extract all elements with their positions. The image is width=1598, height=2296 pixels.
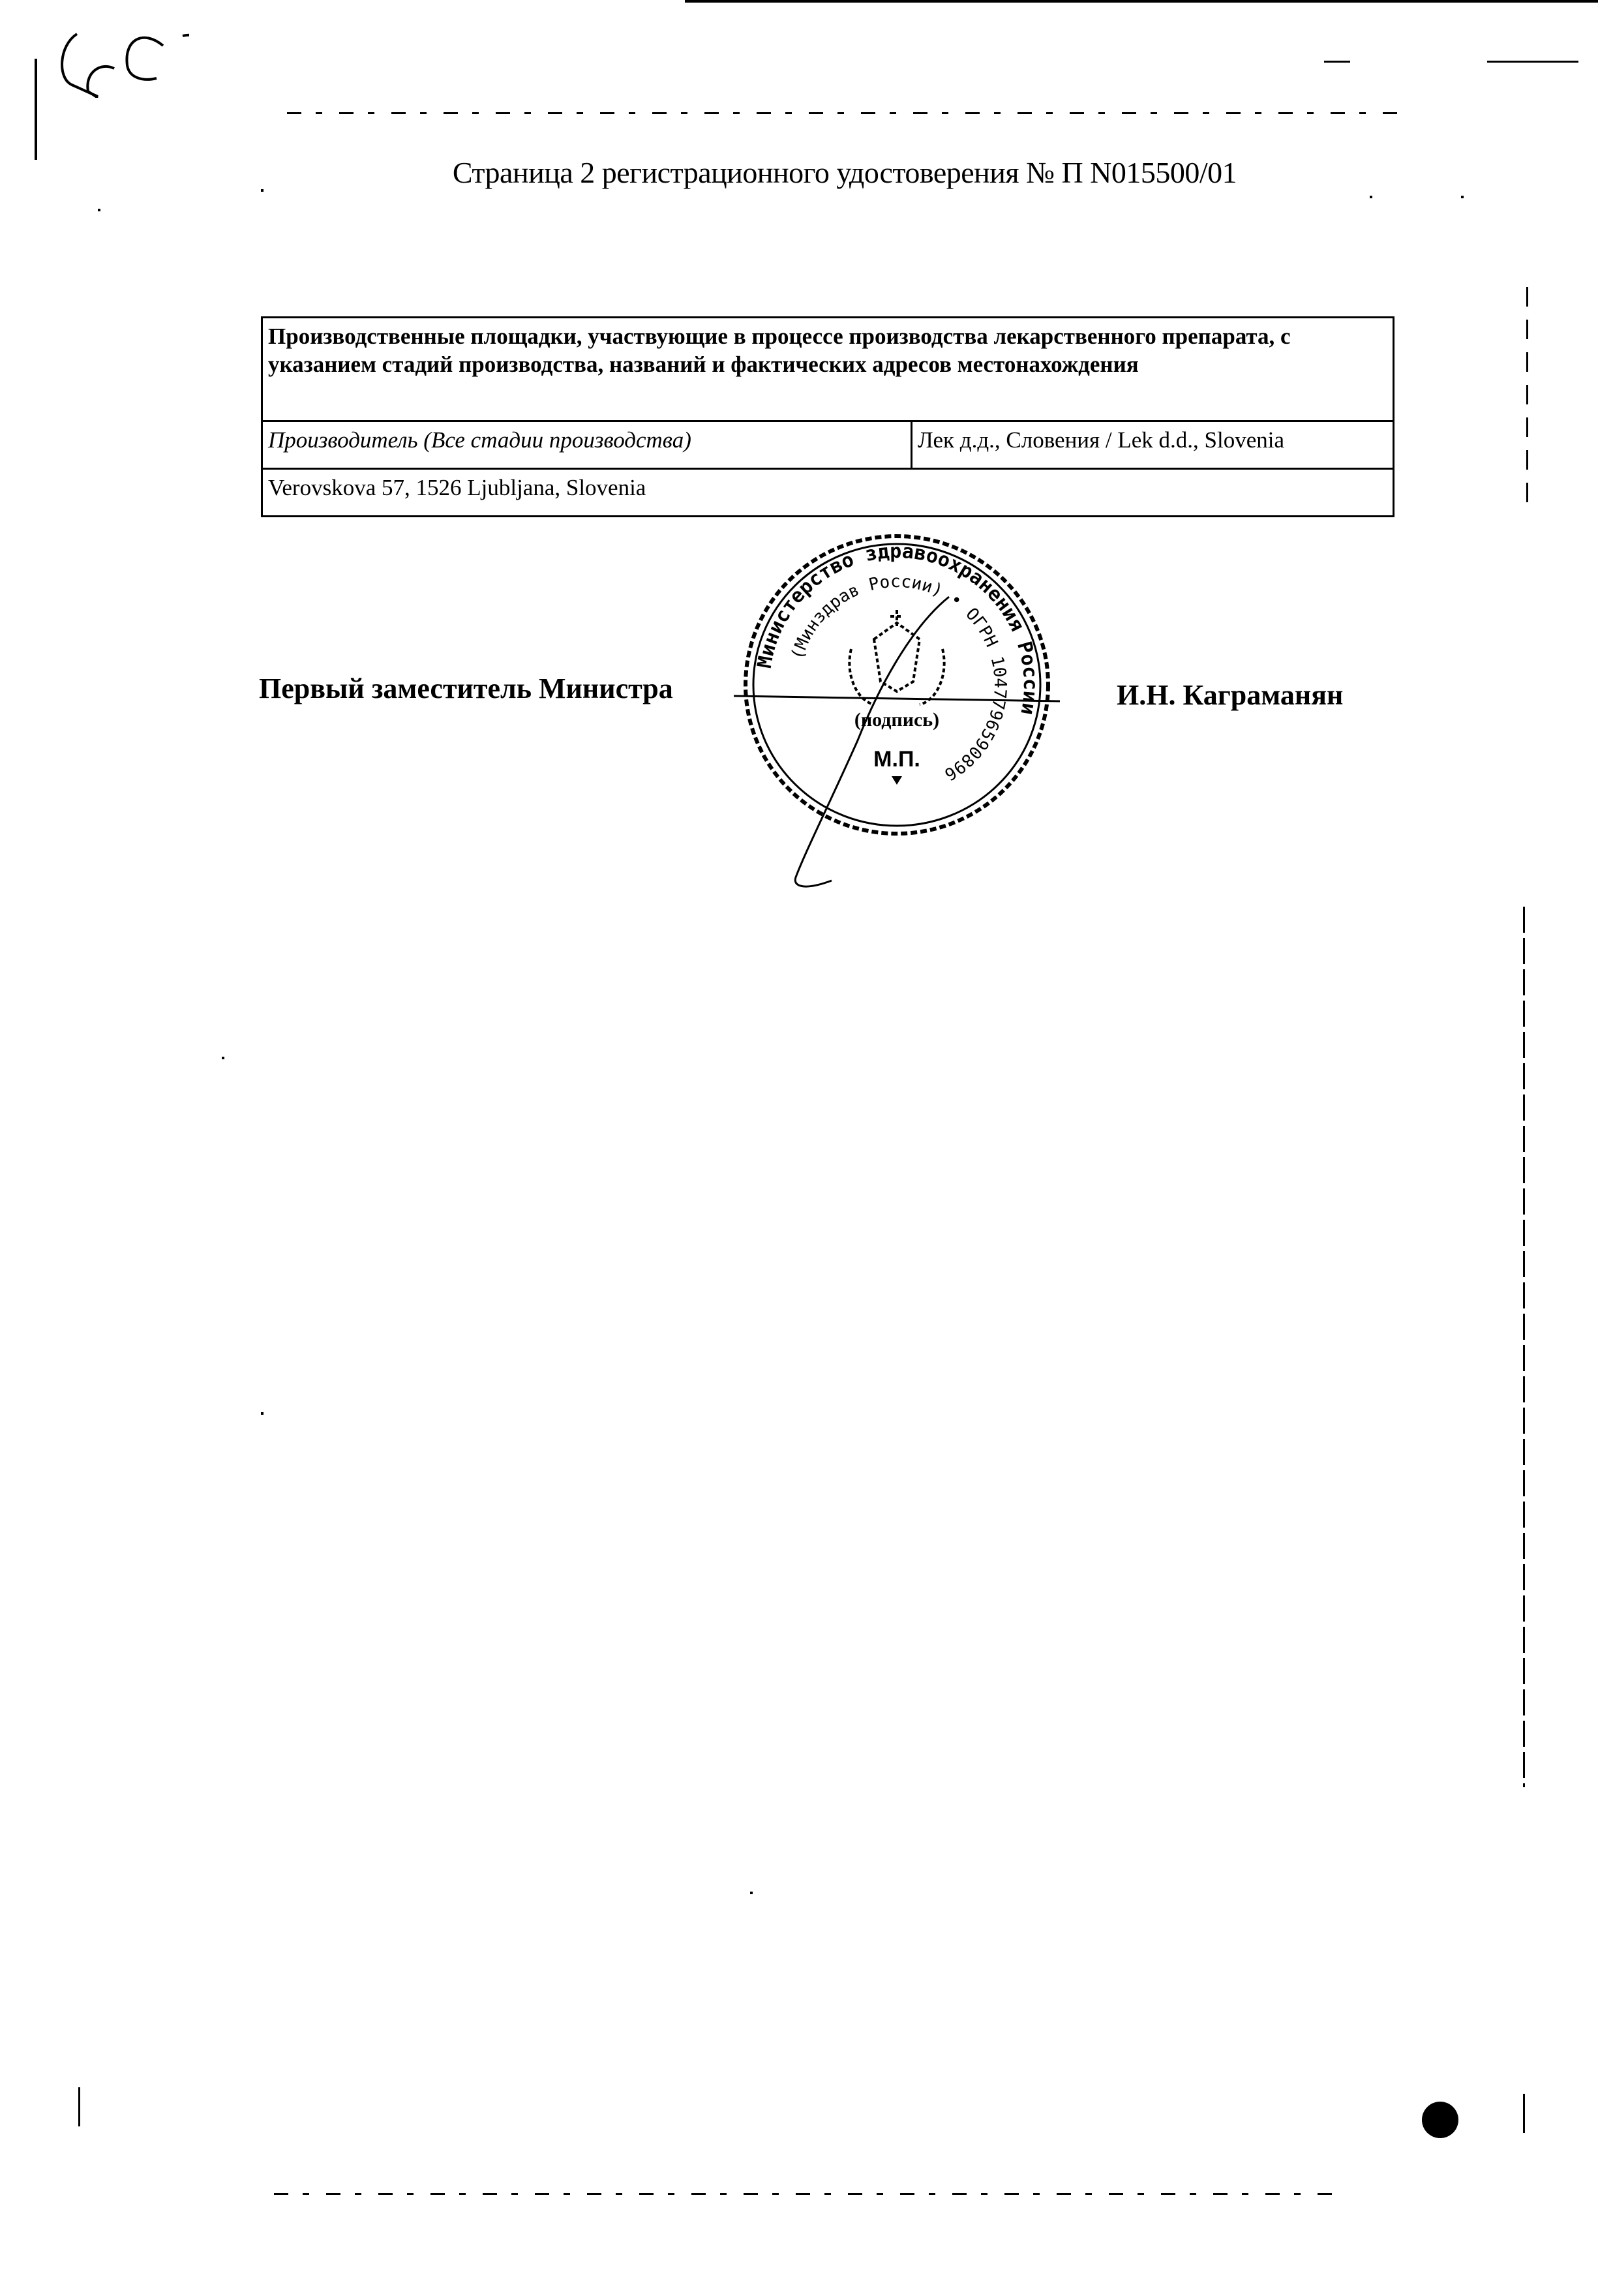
scan-top-border <box>685 0 1598 3</box>
handwritten-page-number <box>46 13 189 98</box>
scan-speckle <box>98 209 100 211</box>
table-row: Производитель (Все стадии производства) … <box>262 421 1394 469</box>
official-seal-stamp: Министерство здравоохранения России (Мин… <box>734 525 1060 890</box>
scan-dash-line <box>274 2193 1344 2195</box>
table-header-cell: Производственные площадки, участвующие в… <box>262 318 1394 421</box>
signatory-title: Первый заместитель Министра <box>259 672 673 705</box>
right-margin-line <box>1526 287 1528 509</box>
manufacturer-role-cell: Производитель (Все стадии производства) <box>262 421 912 469</box>
left-margin-line <box>35 59 37 160</box>
stamp-signature-label: (подпись) <box>854 709 939 731</box>
punch-hole-dot <box>1422 2102 1458 2138</box>
scan-edge-mark <box>1324 61 1350 63</box>
production-sites-table: Производственные площадки, участвующие в… <box>261 316 1394 517</box>
scan-edge-mark <box>1523 2094 1525 2133</box>
scan-speckle <box>750 1892 753 1894</box>
scan-edge-mark <box>1487 61 1578 63</box>
signatory-name: И.Н. Каграманян <box>1117 678 1343 712</box>
page-header: Страница 2 регистрационного удостоверени… <box>46 155 1598 190</box>
coat-of-arms-icon <box>849 610 944 704</box>
stamp-center-label: М.П. <box>873 747 920 772</box>
scan-speckle <box>261 189 264 192</box>
scan-speckle <box>222 1057 224 1059</box>
right-margin-line <box>1523 907 1525 1787</box>
table-row: Verovskova 57, 1526 Ljubljana, Slovenia <box>262 469 1394 517</box>
manufacturer-address-cell: Verovskova 57, 1526 Ljubljana, Slovenia <box>262 469 1394 517</box>
scan-dash-line <box>287 112 1409 114</box>
scan-speckle <box>261 1412 264 1415</box>
scan-speckle <box>1370 196 1372 198</box>
manufacturer-company-cell: Лек д.д., Словения / Lek d.d., Slovenia <box>912 421 1394 469</box>
scan-edge-mark <box>78 2087 80 2126</box>
scan-speckle <box>1461 196 1464 198</box>
